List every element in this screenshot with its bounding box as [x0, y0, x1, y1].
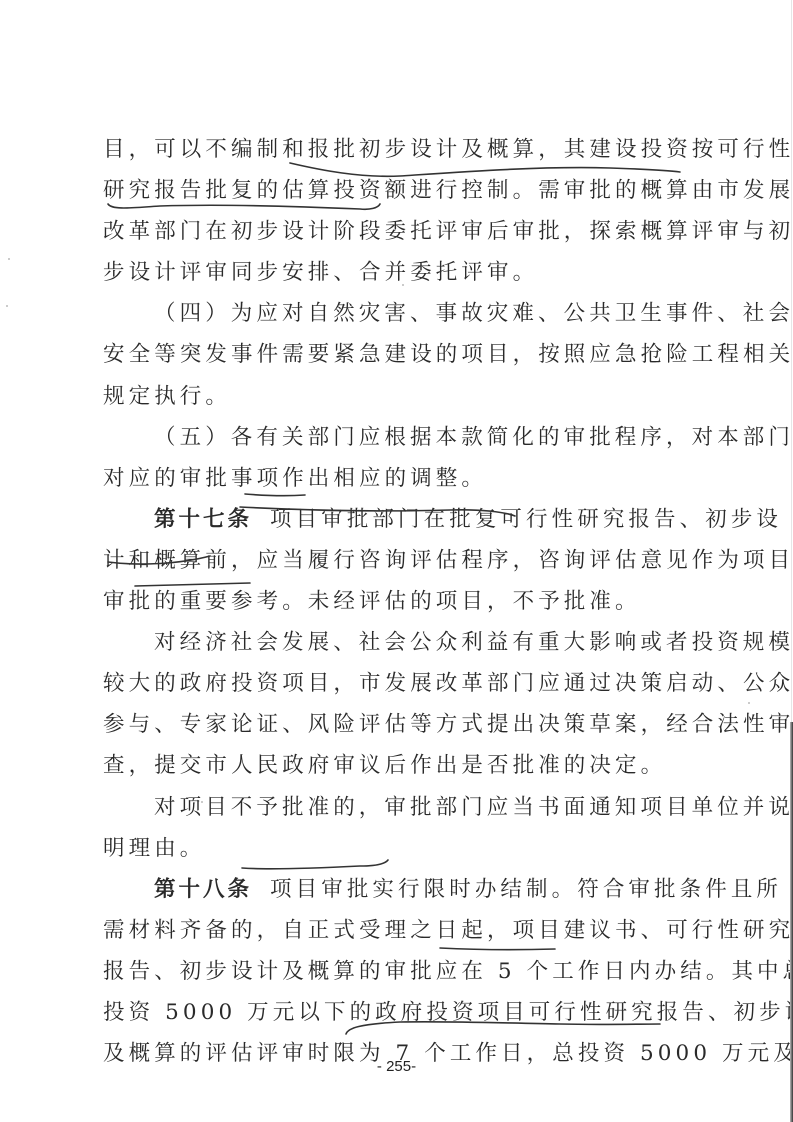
- text-line: 改革部门在初步设计阶段委托评审后审批，探索概算评审与初: [103, 211, 667, 252]
- scan-speck: [402, 284, 404, 286]
- text-line: 步设计评审同步安排、合并委托评审。: [103, 252, 667, 293]
- scan-speck: [6, 305, 8, 307]
- text-line: 较大的政府投资项目，市发展改革部门应通过决策启动、公众: [103, 663, 667, 704]
- text-line: 研究报告批复的估算投资额进行控制。需审批的概算由市发展: [103, 170, 667, 211]
- article-heading: 第十八条: [154, 877, 252, 902]
- text-line: 需材料齐备的，自正式受理之日起，项目建议书、可行性研究: [103, 910, 667, 951]
- text-line: 目，可以不编制和报批初步设计及概算，其建设投资按可行性: [103, 129, 667, 170]
- article-17-line: 第十七条项目审批部门在批复可行性研究报告、初步设: [103, 499, 667, 540]
- article-text: 项目审批部门在批复可行性研究报告、初步设: [270, 507, 782, 532]
- text-line: （四）为应对自然灾害、事故灾难、公共卫生事件、社会: [103, 293, 667, 334]
- body-text: 目，可以不编制和报批初步设计及概算，其建设投资按可行性 研究报告批复的估算投资额…: [103, 129, 667, 1074]
- scan-speck: [748, 702, 750, 704]
- article-text: 项目审批实行限时办结制。符合审批条件且所: [270, 877, 782, 902]
- page-number: - 255-: [0, 1058, 793, 1075]
- text-line: 参与、专家论证、风险评估等方式提出决策草案，经合法性审: [103, 704, 667, 745]
- text-line: 查，提交市人民政府审议后作出是否批准的决定。: [103, 745, 667, 786]
- text-line: 明理由。: [103, 828, 667, 869]
- text-line: 对项目不予批准的，审批部门应当书面通知项目单位并说: [103, 787, 667, 828]
- text-line: 规定执行。: [103, 376, 667, 417]
- scan-edge: [791, 0, 792, 722]
- article-heading: 第十七条: [154, 507, 252, 532]
- document-page: 目，可以不编制和报批初步设计及概算，其建设投资按可行性 研究报告批复的估算投资额…: [0, 0, 793, 1122]
- text-line: 投资 5000 万元以下的政府投资项目可行性研究报告、初步设计: [103, 992, 667, 1033]
- scan-speck: [201, 801, 203, 803]
- text-line: 审批的重要参考。未经评估的项目，不予批准。: [103, 581, 667, 622]
- scan-speck: [8, 258, 10, 260]
- text-line: 安全等突发事件需要紧急建设的项目，按照应急抢险工程相关: [103, 334, 667, 375]
- article-18-line: 第十八条项目审批实行限时办结制。符合审批条件且所: [103, 869, 667, 910]
- text-line: 报告、初步设计及概算的审批应在 5 个工作日内办结。其中总: [103, 951, 667, 992]
- text-line: 对应的审批事项作出相应的调整。: [103, 458, 667, 499]
- text-line: （五）各有关部门应根据本款简化的审批程序，对本部门: [103, 417, 667, 458]
- text-line: 对经济社会发展、社会公众利益有重大影响或者投资规模: [103, 622, 667, 663]
- text-line: 计和概算前，应当履行咨询评估程序，咨询评估意见作为项目: [103, 540, 667, 581]
